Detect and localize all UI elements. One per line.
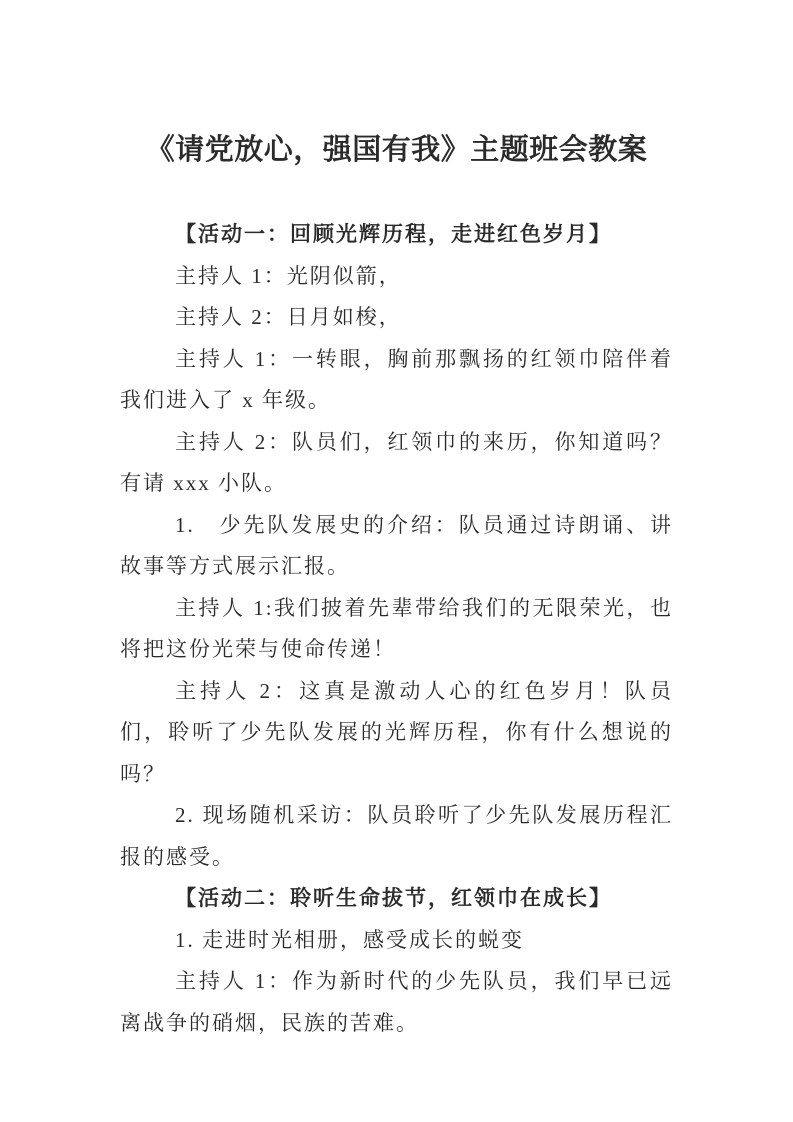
document-page: 《请党放心，强国有我》主题班会教案 【活动一：回顾光辉历程，走进红色岁月】主持人… (0, 0, 793, 1122)
paragraph: 主持人 1：光阴似箭， (120, 256, 673, 298)
paragraph: 2. 现场随机采访：队员聆听了少先队发展历程汇报的感受。 (120, 795, 673, 878)
paragraph: 1. 少先队发展史的介绍：队员通过诗朗诵、讲故事等方式展示汇报。 (120, 505, 673, 588)
paragraph: 主持人 2：日月如梭， (120, 297, 673, 339)
document-body: 【活动一：回顾光辉历程，走进红色岁月】主持人 1：光阴似箭，主持人 2：日月如梭… (120, 214, 673, 1044)
paragraph: 主持人 1：作为新时代的少先队员，我们早已远离战争的硝烟，民族的苦难。 (120, 961, 673, 1044)
paragraph: 1. 走进时光相册，感受成长的蜕变 (120, 920, 673, 962)
section-heading: 【活动一：回顾光辉历程，走进红色岁月】 (120, 214, 673, 256)
paragraph: 主持人 1:我们披着先辈带给我们的无限荣光，也将把这份光荣与使命传递！ (120, 588, 673, 671)
paragraph: 主持人 2：这真是激动人心的红色岁月！队员们，聆听了少先队发展的光辉历程，你有什… (120, 671, 673, 796)
paragraph: 主持人 2：队员们，红领巾的来历，你知道吗？有请 xxx 小队。 (120, 422, 673, 505)
section-heading: 【活动二：聆听生命拔节，红领巾在成长】 (120, 878, 673, 920)
paragraph: 主持人 1：一转眼，胸前那飘扬的红领巾陪伴着我们进入了 x 年级。 (120, 339, 673, 422)
document-title: 《请党放心，强国有我》主题班会教案 (120, 128, 673, 172)
